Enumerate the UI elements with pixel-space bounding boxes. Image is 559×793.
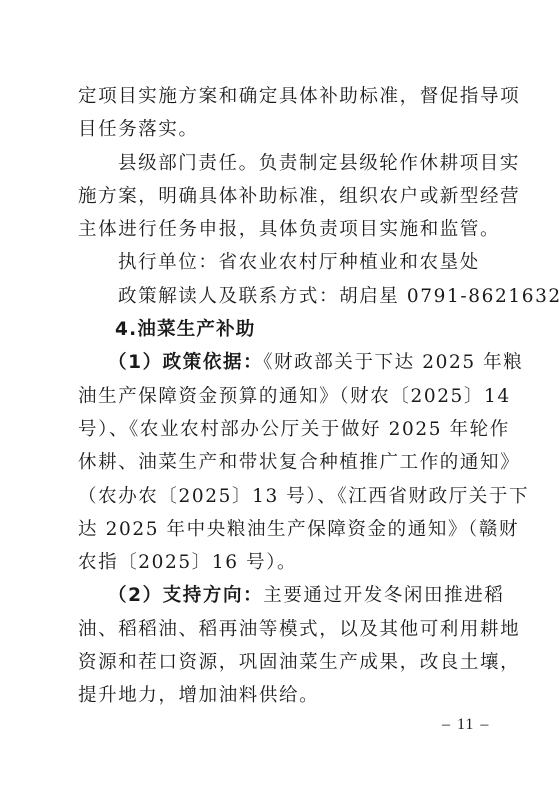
text-line: 提升地力，增加油料供给。 — [78, 679, 484, 712]
section-heading: 4.油菜生产补助 — [78, 313, 484, 346]
text-line: 号）、《农业农村部办公厅关于做好 2025 年轮作 — [78, 413, 484, 446]
text-line: 定项目实施方案和确定具体补助标准，督促指导项 — [78, 80, 484, 113]
text-line: 县级部门责任。负责制定县级轮作休耕项目实 — [78, 147, 484, 180]
document-page: 定项目实施方案和确定具体补助标准，督促指导项 目任务落实。 县级部门责任。负责制… — [0, 0, 559, 793]
text-line: 农指〔2025〕16 号）。 — [78, 546, 484, 579]
text-line: （农办农〔2025〕13 号）、《江西省财政厅关于下 — [78, 480, 484, 513]
text-line: 目任务落实。 — [78, 113, 484, 146]
contact-line: 政策解读人及联系方式：胡启星 0791-86216325 — [78, 280, 484, 313]
executing-unit-line: 执行单位：省农业农村厅种植业和农垦处 — [78, 246, 484, 279]
text-line: 主体进行任务申报，具体负责项目实施和监管。 — [78, 213, 484, 246]
text-line: 休耕、油菜生产和带状复合种植推广工作的通知》 — [78, 446, 484, 479]
policy-basis-text: 《财政部关于下达 2025 年粮 — [263, 352, 523, 373]
text-line: 油生产保障资金预算的通知》（财农〔2025〕14 — [78, 380, 484, 413]
support-direction-text: 主要通过开发冬闲田推进稻 — [263, 585, 504, 606]
page-number: –11– — [436, 713, 495, 737]
page-number-value: 11 — [457, 716, 474, 733]
text-line: 资源和茬口资源，巩固油菜生产成果，改良土壤， — [78, 646, 484, 679]
page-number-dash-left: – — [436, 716, 457, 733]
text-line: 油、稻稻油、稻再油等模式，以及其他可利用耕地 — [78, 613, 484, 646]
policy-basis-first-line: （1）政策依据：《财政部关于下达 2025 年粮 — [78, 346, 484, 379]
support-direction-label: （2）支持方向： — [108, 585, 263, 606]
document-body: 定项目实施方案和确定具体补助标准，督促指导项 目任务落实。 县级部门责任。负责制… — [78, 80, 484, 713]
page-number-dash-right: – — [474, 716, 495, 733]
policy-basis-label: （1）政策依据： — [108, 352, 263, 373]
text-line: 施方案，明确具体补助标准，组织农户或新型经营 — [78, 180, 484, 213]
text-line: 达 2025 年中央粮油生产保障资金的通知》（赣财 — [78, 513, 484, 546]
support-direction-first-line: （2）支持方向：主要通过开发冬闲田推进稻 — [78, 579, 484, 612]
